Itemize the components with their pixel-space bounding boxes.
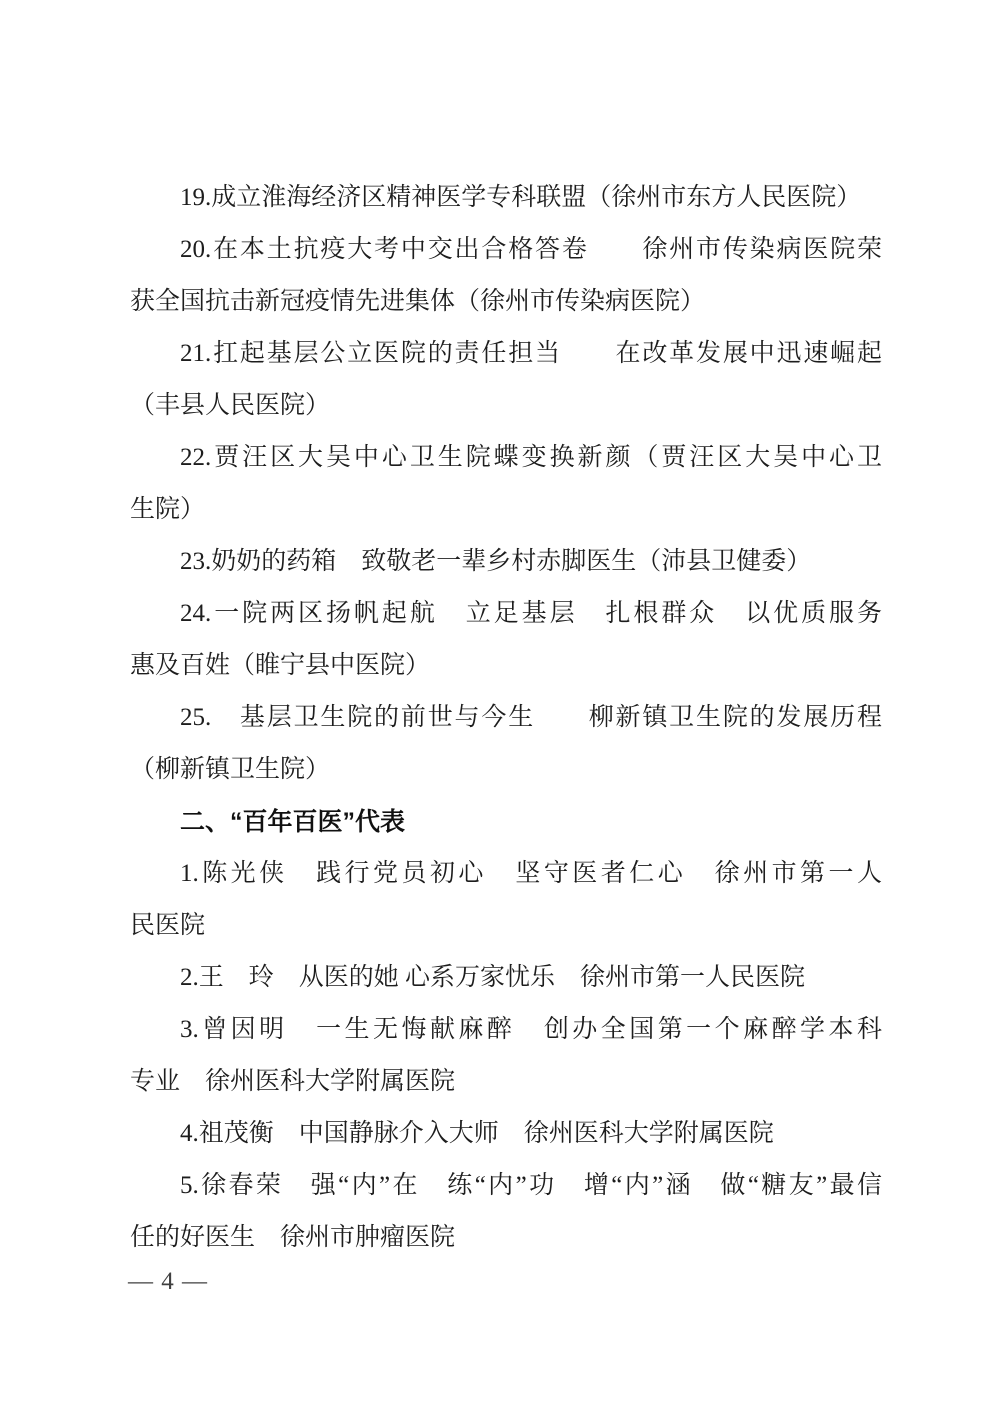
award-item-20-line-2: 获全国抗击新冠疫情先进集体（徐州市传染病医院） [130,276,882,328]
award-item-19-line-1: 19.成立淮海经济区精神医学专科联盟（徐州市东方人民医院） [130,172,882,224]
awards-list: 19.成立淮海经济区精神医学专科联盟（徐州市东方人民医院） 20.在本土抗疫大考… [130,172,882,796]
section-heading: 二、“百年百医”代表 [130,796,882,848]
rep-item-1-line-2: 民医院 [130,900,882,952]
award-item-24-line-1: 24.一院两区扬帆起航 立足基层 扎根群众 以优质服务 [130,588,882,640]
document-page: 19.成立淮海经济区精神医学专科联盟（徐州市东方人民医院） 20.在本土抗疫大考… [0,0,1000,1413]
rep-item-1-line-1: 1.陈光侠 践行党员初心 坚守医者仁心 徐州市第一人 [130,848,882,900]
award-item-25-line-2: （柳新镇卫生院） [130,744,882,796]
award-item-23-line-1: 23.奶奶的药箱 致敬老一辈乡村赤脚医生（沛县卫健委） [130,536,882,588]
rep-item-5-line-1: 5.徐春荣 强“内”在 练“内”功 增“内”涵 做“糖友”最信 [130,1160,882,1212]
rep-item-4-line-1: 4.祖茂衡 中国静脉介入大师 徐州医科大学附属医院 [130,1108,882,1160]
award-item-20-line-1: 20.在本土抗疫大考中交出合格答卷 徐州市传染病医院荣 [130,224,882,276]
page-number: — 4 — [128,1267,208,1297]
representatives-list: 1.陈光侠 践行党员初心 坚守医者仁心 徐州市第一人 民医院 2.王 玲 从医的… [130,848,882,1264]
award-item-24-line-2: 惠及百姓（睢宁县中医院） [130,640,882,692]
award-item-25-line-1: 25. 基层卫生院的前世与今生 柳新镇卫生院的发展历程 [130,692,882,744]
rep-item-5-line-2: 任的好医生 徐州市肿瘤医院 [130,1212,882,1264]
award-item-22-line-1: 22.贾汪区大吴中心卫生院蝶变换新颜（贾汪区大吴中心卫 [130,432,882,484]
award-item-21-line-1: 21.扛起基层公立医院的责任担当 在改革发展中迅速崛起 [130,328,882,380]
award-item-22-line-2: 生院） [130,484,882,536]
rep-item-2-line-1: 2.王 玲 从医的她 心系万家忧乐 徐州市第一人民医院 [130,952,882,1004]
award-item-21-line-2: （丰县人民医院） [130,380,882,432]
rep-item-3-line-1: 3.曾因明 一生无悔献麻醉 创办全国第一个麻醉学本科 [130,1004,882,1056]
document-body: 19.成立淮海经济区精神医学专科联盟（徐州市东方人民医院） 20.在本土抗疫大考… [130,172,882,1264]
rep-item-3-line-2: 专业 徐州医科大学附属医院 [130,1056,882,1108]
